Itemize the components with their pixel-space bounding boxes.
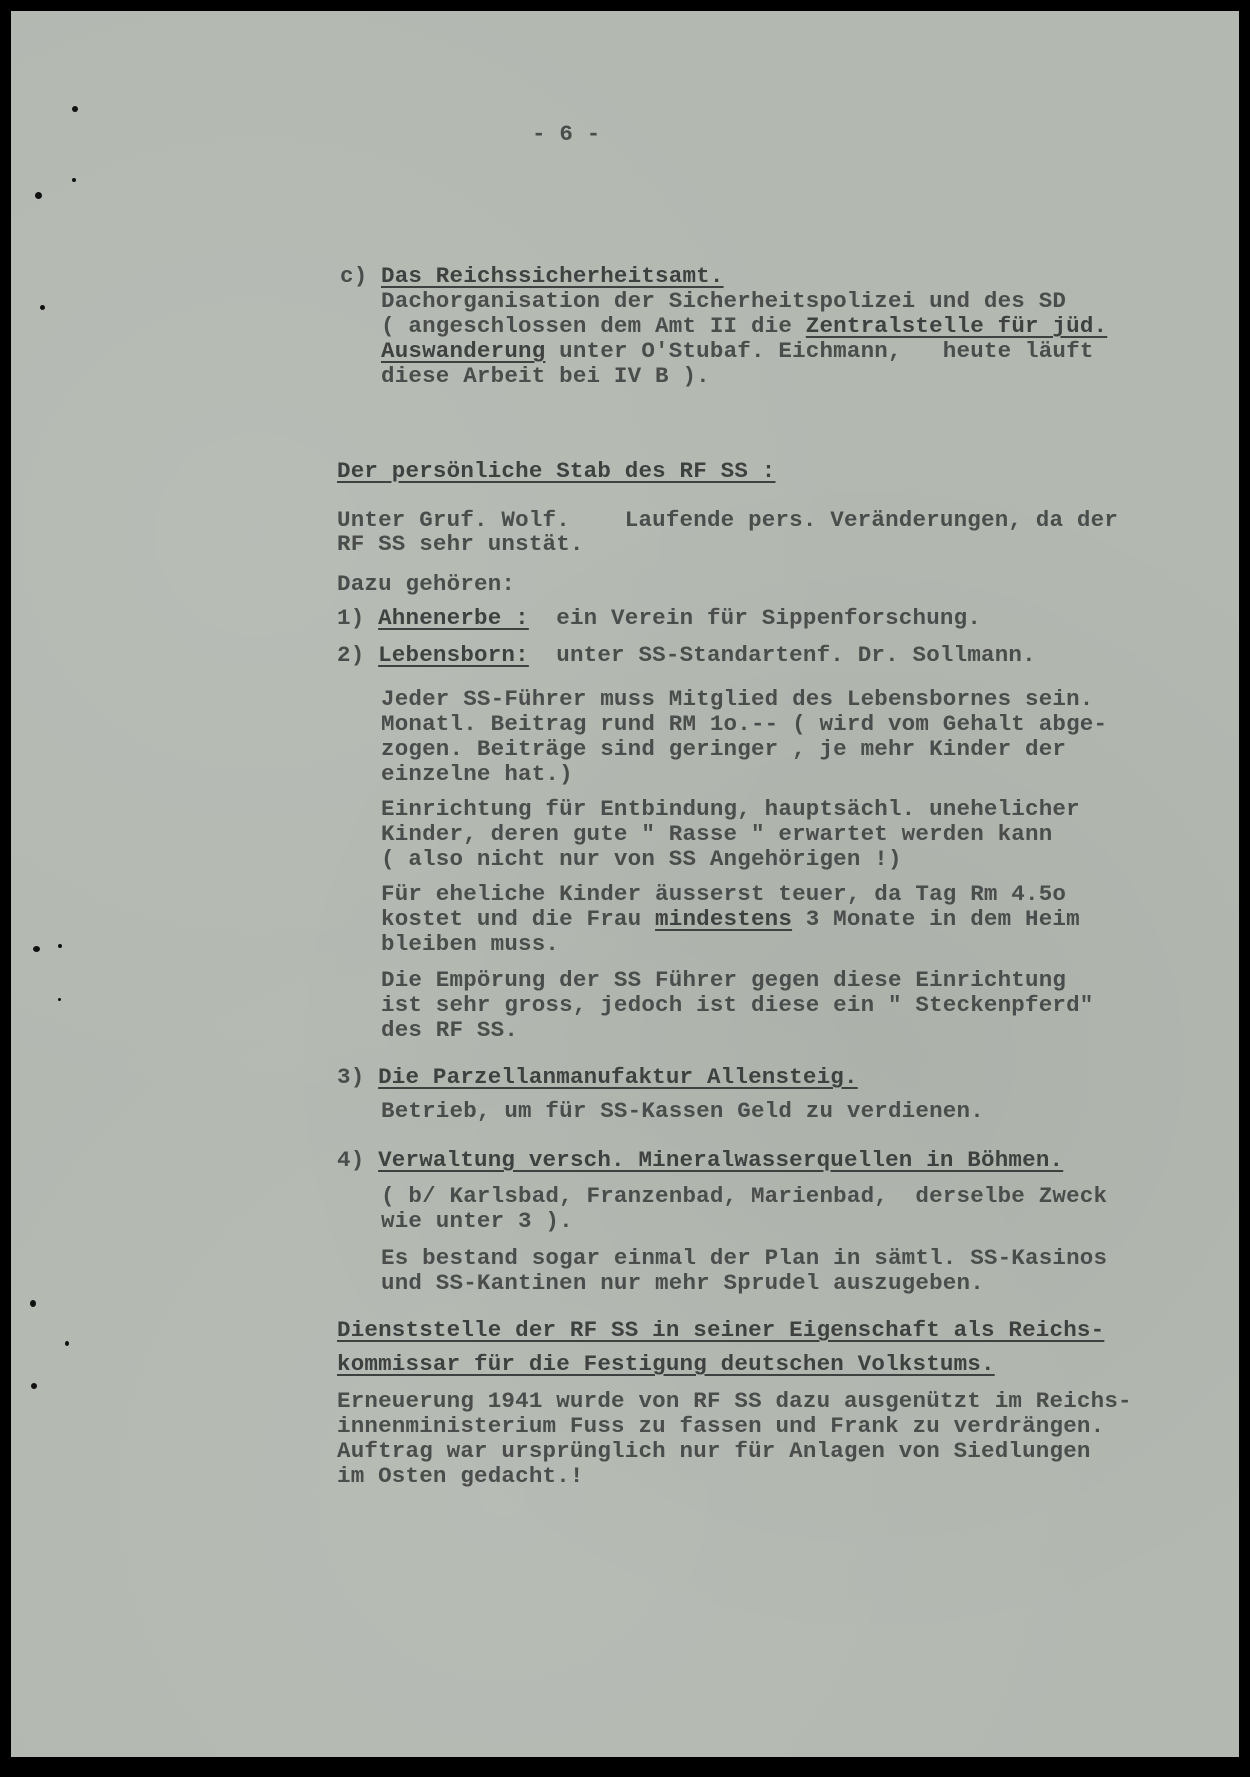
margin-dot — [33, 946, 40, 952]
item-title: Lebensborn: — [378, 642, 529, 668]
paragraph-line: Auftrag war ursprünglich nur für Anlagen… — [337, 1439, 1091, 1464]
list-item: 2) Lebensborn: unter SS-Standartenf. Dr.… — [337, 643, 1036, 668]
underlined-term: mindestens — [655, 906, 792, 932]
item-text: unter SS-Standartenf. Dr. Sollmann. — [529, 642, 1036, 668]
dienststelle-heading: kommissar für die Festigung deutschen Vo… — [337, 1352, 995, 1377]
paragraph-line: zogen. Beiträge sind geringer , je mehr … — [381, 737, 1066, 762]
list-item: 3) Die Parzellanmanufaktur Allensteig. — [337, 1065, 858, 1090]
item-title: Ahnenerbe : — [378, 605, 529, 631]
paragraph-line: Kinder, deren gute " Rasse " erwartet we… — [381, 822, 1052, 847]
paragraph-line: ist sehr gross, jedoch ist diese ein " S… — [381, 993, 1094, 1018]
paragraph-line: Einrichtung für Entbindung, hauptsächl. … — [381, 797, 1080, 822]
margin-dot — [35, 192, 42, 199]
item-number: 1) — [337, 605, 364, 631]
document-page: - 6 - c) Das Reichssicherheitsamt. Dacho… — [11, 11, 1239, 1757]
margin-dot — [65, 1341, 69, 1346]
paragraph-line: Erneuerung 1941 wurde von RF SS dazu aus… — [337, 1389, 1132, 1414]
margin-dot — [31, 1383, 37, 1389]
paragraph-line: wie unter 3 ). — [381, 1209, 573, 1234]
section-c-line: Auswanderung unter O'Stubaf. Eichmann, h… — [381, 339, 1094, 364]
paragraph-line: einzelne hat.) — [381, 762, 573, 787]
stab-intro: Unter Gruf. Wolf. Laufende pers. Verände… — [337, 508, 1118, 533]
stab-dazu: Dazu gehören: — [337, 572, 515, 597]
item-text: Betrieb, um für SS-Kassen Geld zu verdie… — [381, 1099, 984, 1124]
margin-dot — [72, 106, 78, 112]
paragraph-line: bleiben muss. — [381, 932, 559, 957]
page-number: - 6 - — [532, 122, 601, 147]
margin-dot — [58, 998, 61, 1001]
stab-intro: RF SS sehr unstät. — [337, 532, 584, 557]
margin-dot — [30, 1300, 36, 1307]
item-text: ein Verein für Sippenforschung. — [529, 605, 981, 631]
text-run: ( angeschlossen dem Amt II die — [381, 313, 806, 339]
dienststelle-heading: Dienststelle der RF SS in seiner Eigensc… — [337, 1318, 1104, 1343]
paragraph-line: ( b/ Karlsbad, Franzenbad, Marienbad, de… — [381, 1184, 1107, 1209]
item-number: 2) — [337, 642, 364, 668]
underlined-term: Zentralstelle für jüd. — [806, 313, 1107, 339]
item-title: Verwaltung versch. Mineralwasserquellen … — [378, 1147, 1063, 1173]
section-c-heading: Das Reichssicherheitsamt. — [381, 264, 724, 289]
paragraph-line: ( also nicht nur von SS Angehörigen !) — [381, 847, 902, 872]
list-item: 4) Verwaltung versch. Mineralwasserquell… — [337, 1148, 1063, 1173]
text-run: kostet und die Frau — [381, 906, 655, 932]
paragraph-line: und SS-Kantinen nur mehr Sprudel auszuge… — [381, 1271, 984, 1296]
paragraph-line: Für eheliche Kinder äusserst teuer, da T… — [381, 882, 1066, 907]
item-title: Die Parzellanmanufaktur Allensteig. — [378, 1064, 858, 1090]
paragraph-line: des RF SS. — [381, 1018, 518, 1043]
margin-dot — [40, 305, 45, 310]
paragraph-line: Monatl. Beitrag rund RM 1o.-- ( wird vom… — [381, 712, 1107, 737]
item-number: 3) — [337, 1064, 364, 1090]
text-run: unter O'Stubaf. Eichmann, heute läuft — [545, 338, 1093, 364]
paragraph-line: kostet und die Frau mindestens 3 Monate … — [381, 907, 1080, 932]
list-item: 1) Ahnenerbe : ein Verein für Sippenfors… — [337, 606, 981, 631]
margin-dot — [72, 178, 76, 182]
item-number: 4) — [337, 1147, 364, 1173]
text-run: 3 Monate in dem Heim — [792, 906, 1080, 932]
stab-heading: Der persönliche Stab des RF SS : — [337, 459, 775, 484]
section-c-line: diese Arbeit bei IV B ). — [381, 364, 710, 389]
underlined-term: Auswanderung — [381, 338, 545, 364]
paragraph-line: innenministerium Fuss zu fassen und Fran… — [337, 1414, 1104, 1439]
section-c-line: ( angeschlossen dem Amt II die Zentralst… — [381, 314, 1107, 339]
margin-dot — [58, 944, 62, 948]
paragraph-line: Es bestand sogar einmal der Plan in sämt… — [381, 1246, 1107, 1271]
paragraph-line: im Osten gedacht.! — [337, 1464, 584, 1489]
paragraph-line: Jeder SS-Führer muss Mitglied des Lebens… — [381, 687, 1094, 712]
paragraph-line: Die Empörung der SS Führer gegen diese E… — [381, 968, 1066, 993]
section-c-label: c) — [340, 264, 367, 289]
section-c-line: Dachorganisation der Sicherheitspolizei … — [381, 289, 1066, 314]
